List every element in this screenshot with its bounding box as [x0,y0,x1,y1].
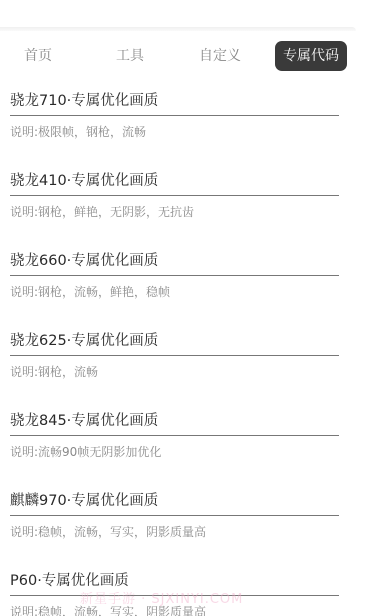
header-divider [0,27,356,31]
top-bar [0,0,371,28]
item-description: 说明:极限帧，钢枪，流畅 [10,123,339,140]
item-title: P60·专属优化画质 [10,570,339,596]
tab-tools[interactable]: 工具 [116,40,144,72]
item-title: 骁龙660·专属优化画质 [10,250,339,276]
item-title: 骁龙845·专属优化画质 [10,410,339,436]
item-description: 说明:钢枪，鲜艳，无阴影，无抗齿 [10,203,339,220]
tab-custom[interactable]: 自定义 [199,40,241,72]
list-item[interactable]: 骁龙625·专属优化画质 说明:钢枪，流畅 [10,330,339,380]
list-item[interactable]: 骁龙710·专属优化画质 说明:极限帧，钢枪，流畅 [10,90,339,140]
item-title: 骁龙410·专属优化画质 [10,170,339,196]
item-title: 骁龙710·专属优化画质 [10,90,339,116]
item-description: 说明:钢枪，流畅 [10,363,339,380]
list-item[interactable]: 骁龙845·专属优化画质 说明:流畅90帧无阴影加优化 [10,410,339,460]
tab-exclusive-code[interactable]: 专属代码 [275,41,347,71]
item-title: 麒麟970·专属优化画质 [10,490,339,516]
tab-home[interactable]: 首页 [24,40,52,72]
list-item[interactable]: 骁龙410·专属优化画质 说明:钢枪，鲜艳，无阴影，无抗齿 [10,170,339,220]
item-description: 说明:稳帧，流畅，写实，阴影质量高 [10,603,339,616]
list-item[interactable]: 骁龙660·专属优化画质 说明:钢枪，流畅，鲜艳，稳帧 [10,250,339,300]
item-description: 说明:流畅90帧无阴影加优化 [10,443,339,460]
item-description: 说明:稳帧，流畅，写实，阴影质量高 [10,523,339,540]
list-item[interactable]: P60·专属优化画质 说明:稳帧，流畅，写实，阴影质量高 [10,570,339,616]
tab-bar: 首页 工具 自定义 专属代码 [0,40,371,72]
item-description: 说明:钢枪，流畅，鲜艳，稳帧 [10,283,339,300]
list-item[interactable]: 麒麟970·专属优化画质 说明:稳帧，流畅，写实，阴影质量高 [10,490,339,540]
item-title: 骁龙625·专属优化画质 [10,330,339,356]
